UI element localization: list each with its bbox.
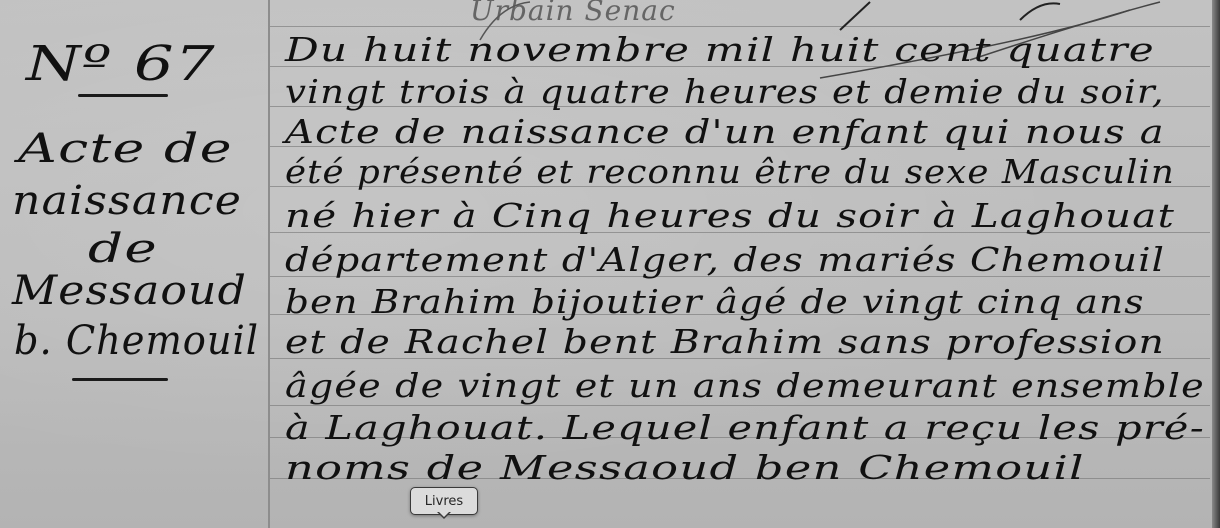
record-number-underline <box>78 94 168 97</box>
body-line-6: département d'Alger, des mariés Chemouil <box>285 240 1165 279</box>
body-line-1: Du huit novembre mil huit cent quatre <box>285 30 1155 69</box>
body-line-8: et de Rachel bent Brahim sans profession <box>285 322 1165 361</box>
document-scan: Nº 67 Acte de naissance de Messaoud b. C… <box>0 0 1220 528</box>
margin-line-father-name: b. Chemouil <box>14 318 259 364</box>
body-line-7: ben Brahim bijoutier âgé de vingt cinq a… <box>285 282 1145 321</box>
body-line-9: âgée de vingt et un ans demeurant ensemb… <box>285 366 1205 405</box>
ruled-line <box>270 405 1210 406</box>
body-line-11: noms de Messaoud ben Chemouil <box>285 448 1085 487</box>
margin-line-acte: Acte de <box>18 126 233 172</box>
margin-line-de: de <box>88 226 158 272</box>
record-number: Nº 67 <box>26 36 216 92</box>
body-line-4: été présenté et reconnu être du sexe Mas… <box>285 152 1175 191</box>
margin-underline <box>72 378 168 381</box>
body-line-5: né hier à Cinq heures du soir à Laghouat <box>285 196 1175 235</box>
body-line-2: vingt trois à quatre heures et demie du … <box>285 72 1165 111</box>
body-line-3: Acte de naissance d'un enfant qui nous a <box>285 112 1165 151</box>
margin-line-naissance: naissance <box>12 178 242 224</box>
margin-rule-line <box>268 0 270 528</box>
tooltip-arrow-fill <box>438 511 450 517</box>
body-line-10: à Laghouat. Lequel enfant a reçu les pré… <box>285 408 1205 447</box>
margin-line-child-name: Messaoud <box>12 268 247 314</box>
